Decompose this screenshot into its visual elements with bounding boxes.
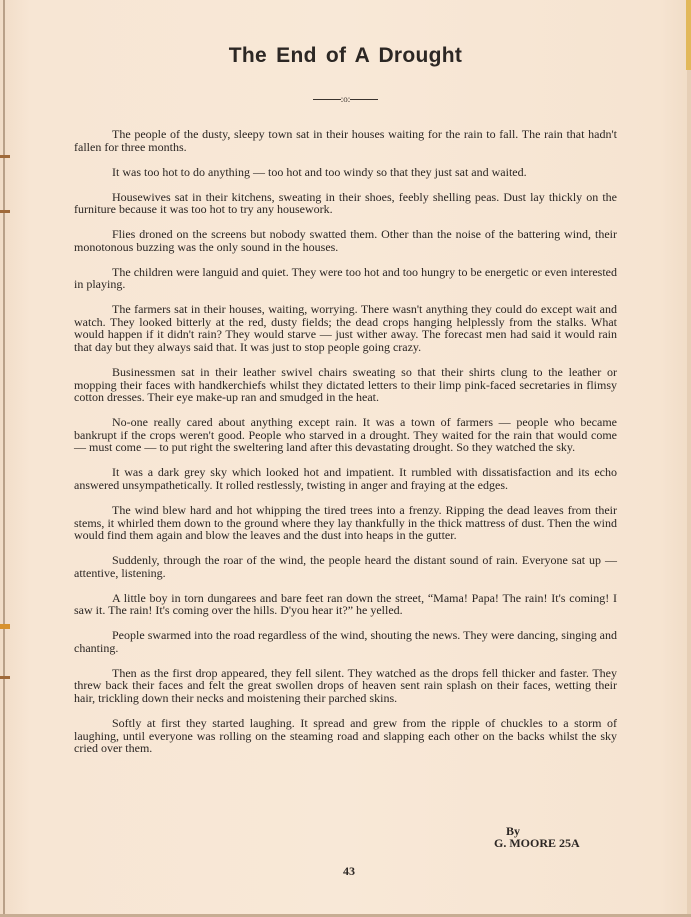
paragraph: Housewives sat in their kitchens, sweati… [74,191,617,216]
paragraph: No-one really cared about anything excep… [74,416,617,454]
paragraph: People swarmed into the road regardless … [74,629,617,654]
page: The End of A Drought :o: The people of t… [0,0,691,917]
paragraph: The wind blew hard and hot whipping the … [74,504,617,542]
paragraph: Flies droned on the screens but nobody s… [74,228,617,253]
paragraph: It was a dark grey sky which looked hot … [74,466,617,491]
staple-mark [0,676,10,679]
binding-spine [3,0,5,917]
paragraph: Businessmen sat in their leather swivel … [74,366,617,404]
story-body: The people of the dusty, sleepy town sat… [74,128,617,767]
divider-ornament: :o: [341,94,351,104]
divider-line [350,99,378,100]
page-number: 43 [343,864,355,879]
paragraph: The people of the dusty, sleepy town sat… [74,128,617,153]
paragraph: Suddenly, through the roar of the wind, … [74,554,617,579]
paragraph: Then as the first drop appeared, they fe… [74,667,617,705]
page-edge [687,0,691,917]
page-title: The End of A Drought [0,44,691,68]
divider-line [313,99,341,100]
paragraph: The farmers sat in their houses, waiting… [74,303,617,353]
staple-mark [0,155,10,158]
byline-author: G. MOORE 25A [494,836,580,850]
staple-mark [0,210,10,213]
paragraph: A little boy in torn dungarees and bare … [74,592,617,617]
paragraph: It was too hot to do anything — too hot … [74,166,617,179]
author-byline: By G. MOORE 25A [494,825,580,849]
paragraph: Softly at first they started laughing. I… [74,717,617,755]
staple-mark [0,624,10,629]
paragraph: The children were languid and quiet. The… [74,266,617,291]
title-divider: :o: [0,94,691,104]
